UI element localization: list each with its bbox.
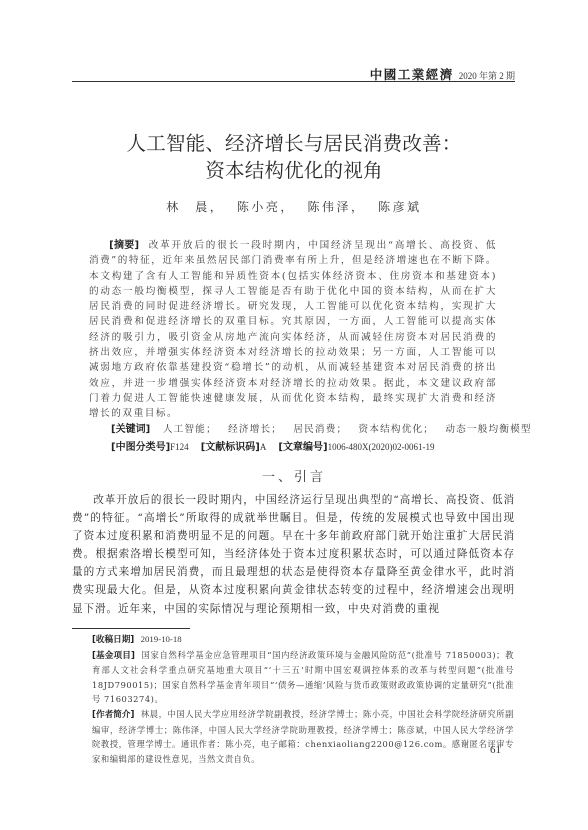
received-date: 2019-10-18	[141, 634, 182, 644]
section-heading: 一、引言	[0, 466, 588, 485]
article-title-line-2: 资本结构优化的视角	[0, 155, 588, 183]
keyword: 动态一般均衡模型	[445, 424, 531, 435]
article-title-line-1: 人工智能、经济增长与居民消费改善：	[0, 128, 588, 156]
keyword: 人工智能；	[163, 424, 217, 435]
footnote-divider	[72, 628, 190, 629]
keyword: 居民消费；	[293, 424, 347, 435]
author-bio-label: [作者简介]	[92, 710, 134, 720]
clc-value: F124	[170, 442, 189, 452]
received-label: [收稿日期]	[92, 635, 134, 645]
journal-issue: 2020 年第 2 期	[459, 71, 515, 81]
keywords: [关键词] 人工智能； 经济增长； 居民消费； 资本结构优化； 动态一般均衡模型	[111, 420, 539, 435]
running-header: 中國工業經濟2020 年第 2 期	[72, 64, 515, 82]
funding-label: [基金项目]	[92, 651, 135, 661]
footnotes: [收稿日期] 2019-10-18 [基金项目] 国家自然科学基金应急管理项目“…	[92, 632, 514, 766]
footnote-authors: [作者简介] 林晨，中国人民大学应用经济学院副教授，经济学博士；陈小亮，中国社会…	[92, 707, 514, 766]
author-list: 林 晨， 陈小亮， 陈伟泽， 陈彦斌	[0, 198, 588, 215]
clc-label: [中图分类号]	[111, 442, 170, 453]
body-text: 改革开放后的很长一段时期内，中国经济运行呈现出典型的“高增长、高投资、低消费”的…	[72, 491, 515, 618]
footnote-received: [收稿日期] 2019-10-18	[92, 632, 514, 648]
classification-info: [中图分类号]F124 [文献标识码]A [文章编号]1006-480X(202…	[111, 438, 444, 453]
keywords-label: [关键词]	[111, 424, 150, 435]
journal-page: 中國工業經濟2020 年第 2 期 人工智能、经济增长与居民消费改善： 资本结构…	[0, 0, 588, 830]
journal-name: 中國工業經濟	[370, 67, 454, 82]
author-bio-text: 林晨，中国人民大学应用经济学院副教授，经济学博士；陈小亮，中国社会科学院经济研究…	[92, 709, 514, 764]
body-paragraph: 改革开放后的很长一段时期内，中国经济运行呈现出典型的“高增长、高投资、低消费”的…	[72, 491, 515, 618]
funding-text: 国家自然科学基金应急管理项目“国内经济政策环境与金融风险防范”(批准号 7185…	[92, 650, 514, 705]
article-no-label: [文章编号]	[278, 442, 327, 453]
doc-code-value: A	[260, 442, 267, 452]
doc-code-label: [文献标识码]	[201, 442, 260, 453]
article-no-value: 1006-480X(2020)02-0061-19	[328, 442, 435, 452]
keyword: 经济增长；	[228, 424, 282, 435]
abstract-text: 改革开放后的很长一段时期内，中国经济呈现出“高增长、高投资、低消费”的特征，近年…	[89, 240, 497, 419]
abstract-label: [摘要]	[109, 240, 139, 251]
footnote-funding: [基金项目] 国家自然科学基金应急管理项目“国内经济政策环境与金融风险防范”(批…	[92, 648, 514, 707]
page-number: 61	[490, 744, 501, 756]
keyword: 资本结构优化；	[359, 424, 435, 435]
abstract: [摘要] 改革开放后的很长一段时期内，中国经济呈现出“高增长、高投资、低消费”的…	[89, 238, 497, 422]
